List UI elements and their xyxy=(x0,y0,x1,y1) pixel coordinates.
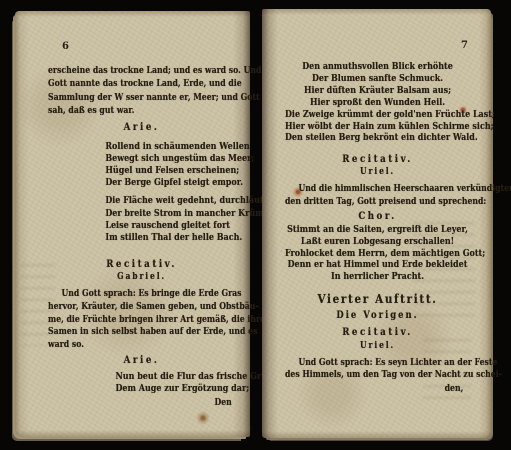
text-line: Und Gott sprach: Es bringe die Erde Gras xyxy=(48,288,235,301)
text-line: Samen in sich selbst haben auf der Erde,… xyxy=(48,326,235,339)
verse-line: Den anmuthsvollen Blick erhöhte xyxy=(285,61,470,73)
catchword-right: den, xyxy=(285,382,470,395)
text-line: hervor, Kräuter, die Samen geben, und Ob… xyxy=(48,301,235,314)
verse-line: Nun beut die Flur das frische Grün xyxy=(115,371,235,383)
text-line: erscheine das trockne Land; und es ward … xyxy=(48,64,235,77)
aria-heading: Arie. xyxy=(48,121,235,133)
verse-line: Im stillen Thal der helle Bach. xyxy=(105,232,235,244)
book-photo: 6 erscheine das trockne Land; und es war… xyxy=(0,0,511,450)
text-line: me, die Früchte bringen ihrer Art gemäß,… xyxy=(48,314,235,327)
verse-line: Dem Auge zur Ergötzung dar; xyxy=(115,383,235,395)
verse-line: Der Berge Gipfel steigt empor. xyxy=(105,177,235,189)
catchword-left: Den xyxy=(48,396,235,409)
verse-line: Hier düften Kräuter Balsam aus; xyxy=(285,85,470,97)
verse-line: Bewegt sich ungestüm das Meer; xyxy=(105,153,235,165)
verse-line: Stimmt an die Saiten, ergreift die Leyer… xyxy=(285,224,470,236)
paragraph: Und Gott sprach: Es bringe die Erde Gras… xyxy=(48,288,235,352)
chorus-heading: Chor. xyxy=(285,210,470,222)
right-page: 7 Den anmuthsvollen Blick erhöhte Der Bl… xyxy=(262,9,491,438)
verse-stanza: Stimmt an die Saiten, ergreift die Leyer… xyxy=(285,224,470,283)
right-page-content: Den anmuthsvollen Blick erhöhte Der Blum… xyxy=(285,9,470,395)
verse-line: Frohlocket dem Herrn, dem mächtigen Gott… xyxy=(285,248,470,260)
speaker-name-uriel: Uriel. xyxy=(285,341,470,352)
left-page-content: erscheine das trockne Land; und es ward … xyxy=(48,11,235,409)
verse-line: Hier wölbt der Hain zum kühlen Schirme s… xyxy=(285,121,470,133)
verse-stanza: Rollend in schäumenden Wellen Bewegt sic… xyxy=(105,141,235,190)
verse-line: Denn er hat Himmel und Erde bekleidet xyxy=(285,259,470,271)
verse-line: Hier sproßt den Wunden Heil. xyxy=(285,97,470,109)
text-line: Und die himmlischen Heerschaaren verkünd… xyxy=(285,183,470,195)
paragraph: erscheine das trockne Land; und es ward … xyxy=(48,64,235,118)
verse-line: Rollend in schäumenden Wellen xyxy=(105,141,235,153)
left-page: 6 erscheine das trockne Land; und es war… xyxy=(15,11,250,437)
verse-stanza: Den anmuthsvollen Blick erhöhte Der Blum… xyxy=(285,61,470,144)
paragraph: Und die himmlischen Heerschaaren verkünd… xyxy=(285,183,470,208)
scene-heading-vierter-auftritt: Vierter Auftritt. xyxy=(285,291,470,306)
verse-stanza: Die Fläche weit gedehnt, durchläuft Der … xyxy=(105,195,235,244)
verse-line: Die Zweige krümmt der gold'nen Früchte L… xyxy=(285,109,470,121)
speaker-name-gabriel: Gabriel. xyxy=(48,272,235,283)
text-line: des Himmels, um den Tag von der Nacht zu… xyxy=(285,369,470,381)
speaker-name-uriel: Uriel. xyxy=(285,167,470,178)
verse-line: In herrlicher Pracht. xyxy=(285,271,470,283)
recitative-heading: Recitativ. xyxy=(285,326,470,338)
verse-line: Den steilen Berg bekrönt ein dichter Wal… xyxy=(285,132,470,144)
text-line: Sammlung der W sser nannte er, Meer; und… xyxy=(48,91,235,104)
recitative-heading: Recitativ. xyxy=(285,153,470,165)
verse-stanza: Nun beut die Flur das frische Grün Dem A… xyxy=(115,371,235,395)
verse-line: Der Blumen sanfte Schmuck. xyxy=(285,73,470,85)
aria-heading: Arie. xyxy=(48,354,235,366)
verse-line: Der breite Strom in mancher Krümme! xyxy=(105,208,235,220)
text-line: Und Gott sprach: Es seyn Lichter an der … xyxy=(285,357,470,369)
verse-line: Hügel und Felsen erscheinen; xyxy=(105,165,235,177)
verse-line: Leise rauschend gleitet fort xyxy=(105,220,235,232)
text-line: sah, daß es gut war. xyxy=(48,104,235,117)
cast-line-die-vorigen: Die Vorigen. xyxy=(285,310,470,322)
verse-line: Die Fläche weit gedehnt, durchläuft xyxy=(105,195,235,207)
recitative-heading: Recitativ. xyxy=(48,258,235,270)
text-line: Gott nannte das trockne Land, Erde, und … xyxy=(48,77,235,90)
text-line: ward so. xyxy=(48,339,235,352)
paragraph: Und Gott sprach: Es seyn Lichter an der … xyxy=(285,357,470,382)
verse-line: Laßt euren Lobgesang erschallen! xyxy=(285,236,470,248)
text-line: den dritten Tag, Gott preisend und sprec… xyxy=(285,196,470,208)
